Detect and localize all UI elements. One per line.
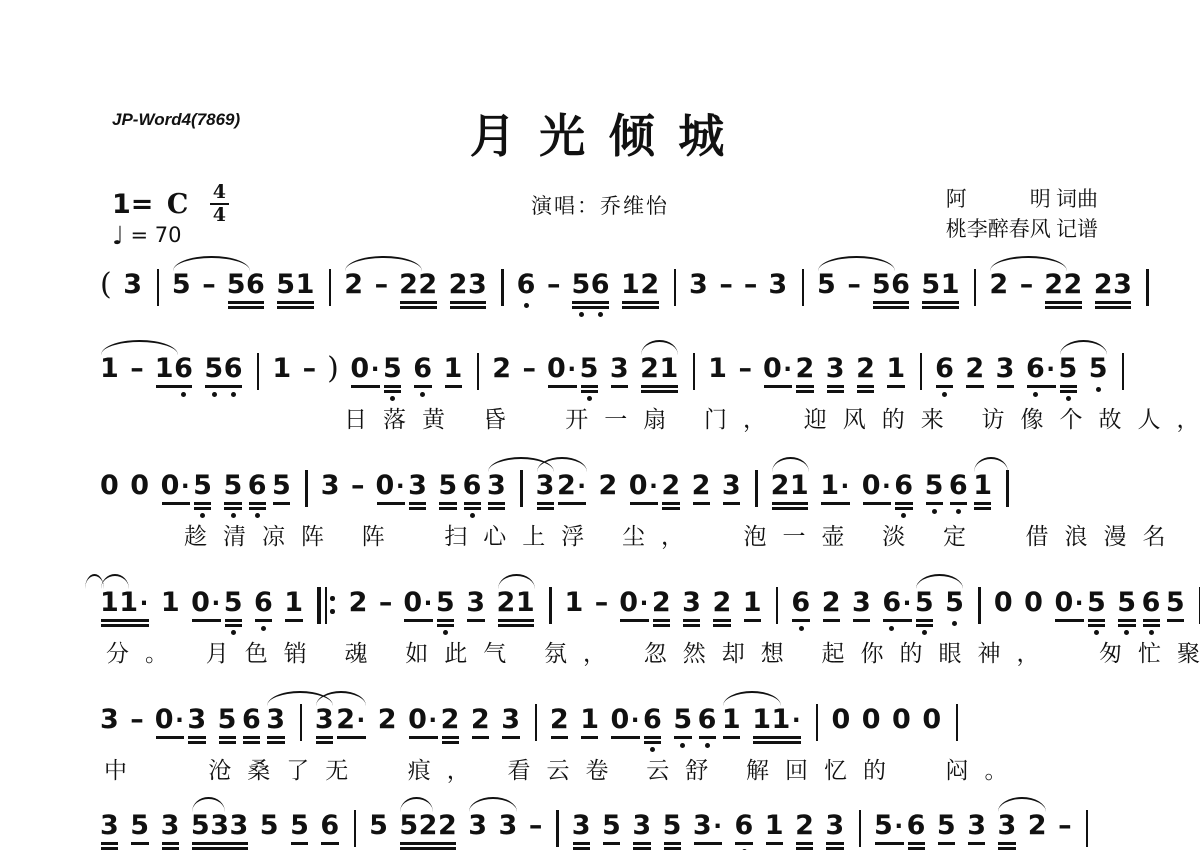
beam-underline: [630, 502, 659, 505]
note-token: 1: [708, 354, 727, 398]
note-token: 0·: [619, 588, 650, 632]
beam-underline: [823, 619, 840, 622]
beam-underline: [723, 736, 740, 739]
slur-arc: [400, 797, 433, 812]
note-token: 2·: [336, 705, 367, 749]
note-token: 2: [441, 705, 460, 749]
note-token: 1: [973, 471, 992, 515]
note-token: 2: [378, 705, 397, 749]
bar-line: [1146, 269, 1148, 306]
beam-underline: [502, 736, 519, 739]
note-token: 2: [550, 705, 569, 749]
beam-underline: [936, 385, 953, 388]
note-token: 2: [856, 354, 875, 398]
note-token: 21: [640, 354, 679, 398]
beam-underline: [908, 842, 925, 845]
slur-arc: [192, 797, 225, 812]
beam-underline: [437, 624, 454, 627]
low-octave-dot: [524, 303, 529, 308]
note-token: 21: [497, 588, 536, 632]
note-token: 5: [817, 270, 836, 314]
bar-line: [354, 810, 356, 847]
note-token: 3: [315, 705, 334, 749]
beam-underline: [873, 301, 910, 304]
note-token: –: [738, 354, 752, 398]
low-octave-dot: [231, 630, 236, 635]
beam-underline: [1060, 390, 1077, 393]
note-token: 5: [663, 811, 682, 850]
beam-underline: [162, 842, 179, 845]
beam-underline: [1045, 301, 1082, 304]
low-octave-dot: [705, 743, 710, 748]
note-token: 23: [1094, 270, 1133, 314]
note-token: 5: [1059, 354, 1078, 398]
beam-underline: [694, 842, 723, 845]
note-token: 5: [223, 471, 242, 515]
beam-underline: [249, 502, 266, 505]
beam-underline: [464, 507, 481, 510]
note-token: 2: [471, 705, 490, 749]
bar-line: [257, 353, 259, 390]
beam-underline: [908, 847, 925, 850]
note-token: 3: [682, 588, 701, 632]
note-token: 2: [349, 588, 368, 632]
low-octave-dot: [420, 392, 425, 397]
slur-arc: [990, 256, 1067, 271]
beam-underline: [267, 736, 284, 739]
beam-underline: [192, 842, 248, 845]
beam-underline: [400, 847, 456, 850]
bar-line: [520, 470, 522, 507]
bar-line: [477, 353, 479, 390]
note-token: –: [375, 270, 389, 314]
beam-underline: [622, 306, 659, 309]
beam-underline: [439, 502, 456, 505]
low-octave-dot: [231, 513, 236, 518]
note-token: 2: [652, 588, 671, 632]
note-token: 1: [284, 588, 303, 632]
note-token: 0·: [610, 705, 641, 749]
beam-underline: [537, 502, 554, 505]
beam-underline: [156, 736, 185, 739]
beam-underline: [922, 301, 959, 304]
beam-underline: [581, 736, 598, 739]
slur-arc: [1060, 340, 1107, 355]
note-token: 2: [692, 471, 711, 515]
beam-underline: [611, 385, 628, 388]
tempo-marking: ♩ = 70: [112, 221, 181, 250]
beam-underline: [826, 847, 843, 850]
note-token: 0: [892, 705, 911, 749]
note-token: 533: [191, 811, 249, 850]
beam-underline: [772, 507, 809, 510]
beam-underline: [620, 619, 649, 622]
beam-underline: [950, 502, 967, 505]
beam-underline: [273, 502, 290, 505]
beam-underline: [467, 619, 484, 622]
beam-underline: [1167, 619, 1184, 622]
low-octave-dot: [579, 312, 584, 317]
notation-row: (35–56512–22236–56123––35–56512–2223: [100, 255, 1170, 314]
note-token: 1: [161, 588, 180, 632]
note-token: –: [303, 354, 317, 398]
beam-underline: [1088, 624, 1105, 627]
note-token: 2: [795, 811, 814, 850]
beam-underline: [243, 741, 260, 744]
beam-underline: [243, 736, 260, 739]
beam-underline: [662, 502, 679, 505]
bar-line: [1122, 353, 1124, 390]
beam-underline: [581, 390, 598, 393]
note-token: 5: [193, 471, 212, 515]
page-title: 月 光 倾 城: [0, 100, 1200, 166]
beam-underline: [622, 301, 659, 304]
note-token: 6: [791, 588, 810, 632]
beam-underline: [572, 301, 609, 304]
beam-underline: [653, 624, 670, 627]
beam-underline: [498, 624, 535, 627]
note-token: –: [1058, 811, 1072, 850]
credits-block: 阿 明 词曲 桃李醉春风 记谱: [946, 184, 1098, 244]
repeat-sign-start: [317, 587, 336, 624]
low-octave-dot: [181, 392, 186, 397]
note-token: 6: [254, 588, 273, 632]
note-token: 3: [826, 354, 845, 398]
note-token: 0·: [763, 354, 794, 398]
beam-underline: [488, 507, 505, 510]
slur-arc: [85, 574, 104, 589]
beam-underline: [641, 385, 678, 388]
beam-underline: [766, 842, 783, 845]
beam-underline: [255, 619, 272, 622]
note-token: 0: [130, 471, 149, 515]
note-token: 22: [399, 270, 438, 314]
beam-underline: [442, 741, 459, 744]
beam-underline: [225, 624, 242, 627]
music-line-3: 000·55653–0·356332·20·223211·0·6561 趁清凉阵…: [100, 456, 1170, 551]
beam-underline: [611, 736, 640, 739]
beam-underline: [558, 502, 587, 505]
note-token: 6: [734, 811, 753, 850]
beam-underline: [101, 842, 118, 845]
beam-underline: [414, 385, 431, 388]
slur-arc: [641, 340, 678, 355]
low-octave-dot: [680, 743, 685, 748]
note-token: 6: [935, 354, 954, 398]
low-octave-dot: [598, 312, 603, 317]
beam-underline: [998, 842, 1015, 845]
bar-line: [674, 269, 676, 306]
note-token: 5: [369, 811, 388, 850]
note-token: 2: [344, 270, 363, 314]
slur-arc: [173, 256, 250, 271]
note-token: 6: [643, 705, 662, 749]
note-token: 1: [886, 354, 905, 398]
beam-underline: [772, 502, 809, 505]
note-token: 1: [100, 354, 119, 398]
music-line-5: 3–0·356332·20·223210·656111·0000 中 沧桑了无 …: [100, 690, 1170, 785]
note-token: 0·: [155, 705, 186, 749]
beam-underline: [796, 385, 813, 388]
beam-underline: [887, 385, 904, 388]
bar-line: [549, 587, 551, 624]
bar-line: [501, 269, 503, 306]
beam-underline: [796, 842, 813, 845]
beam-underline: [744, 619, 761, 622]
note-token: 3: [967, 811, 986, 850]
note-token: 5: [925, 471, 944, 515]
note-token: 5: [673, 705, 692, 749]
music-line-6: 353533556552233–35353·61235·65332–: [100, 796, 1170, 850]
beam-underline: [228, 306, 265, 309]
note-token: 3: [501, 705, 520, 749]
low-octave-dot: [261, 626, 266, 631]
low-octave-dot: [212, 392, 217, 397]
note-token: 51: [921, 270, 960, 314]
beam-underline: [998, 847, 1015, 850]
beam-underline: [162, 847, 179, 850]
slur-arc: [998, 797, 1046, 812]
note-token: 3: [187, 705, 206, 749]
beam-underline: [1055, 619, 1084, 622]
beam-underline: [219, 736, 236, 739]
note-token: 1: [565, 588, 584, 632]
low-octave-dot: [231, 392, 236, 397]
beam-underline: [857, 390, 874, 393]
note-token: 1: [743, 588, 762, 632]
beam-underline: [1088, 619, 1105, 622]
note-token: 5: [260, 811, 279, 850]
note-token: 3: [689, 270, 708, 314]
note-token: 6: [248, 471, 267, 515]
note-token: 0·: [403, 588, 434, 632]
beam-underline: [225, 619, 242, 622]
bar-line: [859, 810, 861, 847]
bar-line: [974, 269, 976, 306]
beam-underline: [674, 736, 691, 739]
note-token: 5: [602, 811, 621, 850]
note-token: 1: [765, 811, 784, 850]
bar-line: [556, 810, 558, 847]
bar-line: [978, 587, 980, 624]
note-token: 0·: [862, 471, 893, 515]
note-token: 3: [408, 471, 427, 515]
note-token: 0: [1024, 588, 1043, 632]
beam-underline: [224, 502, 241, 505]
note-token: –: [130, 705, 144, 749]
note-token: 5·: [874, 811, 905, 850]
beam-underline: [821, 502, 850, 505]
lyricist-composer-credit: 阿 明 词曲: [946, 184, 1098, 214]
beam-underline: [1118, 619, 1135, 622]
note-token: –: [379, 588, 393, 632]
beam-underline: [192, 847, 248, 850]
note-token: –: [523, 354, 537, 398]
note-token: 0·: [350, 354, 381, 398]
note-token: 2: [1028, 811, 1047, 850]
bar-line: [776, 587, 778, 624]
note-token: –: [719, 270, 733, 314]
note-token: 3: [468, 811, 487, 850]
beam-underline: [974, 507, 991, 510]
tempo-value: = 70: [130, 223, 181, 247]
slur-arc: [101, 574, 129, 589]
note-token: 1: [580, 705, 599, 749]
note-token: 5: [224, 588, 243, 632]
bar-line: [305, 470, 307, 507]
note-token: 3: [499, 811, 518, 850]
note-token: 6·: [882, 588, 913, 632]
beam-underline: [883, 619, 912, 622]
beam-underline: [1060, 385, 1077, 388]
note-token: 6: [907, 811, 926, 850]
beam-underline: [683, 624, 700, 627]
beam-underline: [194, 507, 211, 510]
note-token: 2: [822, 588, 841, 632]
notation-row: 1–16561–)0·5612–0·53211–0·23216236·55: [100, 339, 1170, 398]
beam-underline: [548, 385, 577, 388]
note-token: 11·: [100, 588, 150, 632]
bar-line: [300, 704, 302, 741]
beam-underline: [735, 842, 752, 845]
beam-underline: [827, 390, 844, 393]
beam-underline: [895, 507, 912, 510]
bar-line: [956, 704, 958, 741]
note-token: 2: [965, 354, 984, 398]
note-token: –: [847, 270, 861, 314]
note-token: 22: [1044, 270, 1083, 314]
note-token: 11·: [752, 705, 802, 749]
beam-underline: [1118, 624, 1135, 627]
note-token: 1·: [820, 471, 851, 515]
note-token: 2·: [557, 471, 588, 515]
note-token: –: [1020, 270, 1034, 314]
note-token: 56: [204, 354, 243, 398]
note-token: 2: [795, 354, 814, 398]
low-octave-dot: [922, 630, 927, 635]
beam-underline: [926, 502, 943, 505]
beam-underline: [400, 842, 456, 845]
note-token: –: [351, 471, 365, 515]
beam-underline: [285, 619, 302, 622]
lyrics-line-3: 分。 月色销 魂 如此气 氛， 忽然却想 起你的眼神， 匆忙聚散: [100, 635, 1170, 668]
beam-underline: [968, 842, 985, 845]
beam-underline: [1095, 306, 1132, 309]
note-token: 3: [997, 811, 1016, 850]
note-token: 2: [712, 588, 731, 632]
beam-underline: [291, 842, 308, 845]
beam-underline: [249, 507, 266, 510]
low-octave-dot: [799, 626, 804, 631]
beam-underline: [796, 390, 813, 393]
beam-underline: [194, 502, 211, 505]
slur-arc: [974, 457, 1008, 472]
beam-underline: [156, 385, 193, 388]
note-token: 5: [945, 588, 964, 632]
beam-underline: [267, 741, 284, 744]
low-octave-dot: [952, 621, 957, 626]
lyrics-line-4: 中 沧桑了无 痕， 看云卷 云舒 解回忆的 闷。: [100, 752, 1170, 785]
note-token: 0·: [161, 471, 192, 515]
beam-underline: [573, 847, 590, 850]
beam-underline: [916, 619, 933, 622]
beam-underline: [192, 619, 221, 622]
note-token: 6: [949, 471, 968, 515]
music-line-1: (35–56512–22236–56123––35–56512–2223: [100, 255, 1170, 314]
notation-row: 3–0·356332·20·223210·656111·0000: [100, 690, 1170, 749]
note-token: 1: [444, 354, 463, 398]
beam-underline: [895, 502, 912, 505]
note-token: 3: [100, 705, 119, 749]
beam-underline: [321, 842, 338, 845]
beam-underline: [437, 619, 454, 622]
bar-line: [755, 470, 757, 507]
low-octave-dot: [470, 513, 475, 518]
note-token: –: [130, 354, 144, 398]
beam-underline: [875, 842, 904, 845]
note-token: 0·: [191, 588, 222, 632]
beam-underline: [792, 619, 809, 622]
note-token: 0·: [376, 471, 407, 515]
bar-line: [535, 704, 537, 741]
note-token: 0: [831, 705, 850, 749]
beam-underline: [384, 385, 401, 388]
beam-underline: [450, 301, 487, 304]
low-octave-dot: [587, 396, 592, 401]
beam-underline: [131, 842, 148, 845]
note-token: 0: [994, 588, 1013, 632]
note-token: –: [744, 270, 758, 314]
beam-underline: [873, 306, 910, 309]
beam-underline: [572, 306, 609, 309]
beam-underline: [641, 390, 678, 393]
note-token: 1: [722, 705, 741, 749]
slur-arc: [101, 340, 178, 355]
note-token: 1: [272, 354, 291, 398]
note-token: 12: [621, 270, 660, 314]
beam-underline: [633, 847, 650, 850]
beam-underline: [664, 847, 681, 850]
bar-line: [1006, 470, 1008, 507]
beam-underline: [922, 306, 959, 309]
bar-line: [329, 269, 331, 306]
beam-underline: [1045, 306, 1082, 309]
beam-underline: [537, 507, 554, 510]
beam-underline: [853, 619, 870, 622]
bar-line: [693, 353, 695, 390]
note-token: 5: [1089, 354, 1108, 398]
beam-underline: [683, 619, 700, 622]
notation-row: 000·55653–0·356332·20·223211·0·6561: [100, 456, 1170, 515]
beam-underline: [277, 306, 314, 309]
low-octave-dot: [255, 513, 260, 518]
beam-underline: [826, 842, 843, 845]
slur-arc: [498, 574, 535, 589]
bar-line: [802, 269, 804, 306]
note-token: 3·: [693, 811, 724, 850]
lyrics-line-2: 趁清凉阵 阵 扫心上浮 尘， 泡一壶 淡 定 借浪漫名: [100, 518, 1170, 551]
note-token: 6: [1142, 588, 1161, 632]
bar-line: [1086, 810, 1088, 847]
slur-arc: [345, 256, 422, 271]
slur-arc: [723, 691, 781, 706]
phrase-paren: (: [100, 270, 112, 314]
beam-underline: [101, 847, 118, 850]
beam-underline: [351, 385, 380, 388]
beam-underline: [1143, 619, 1160, 622]
note-token: 16: [155, 354, 194, 398]
bar-line: [157, 269, 159, 306]
